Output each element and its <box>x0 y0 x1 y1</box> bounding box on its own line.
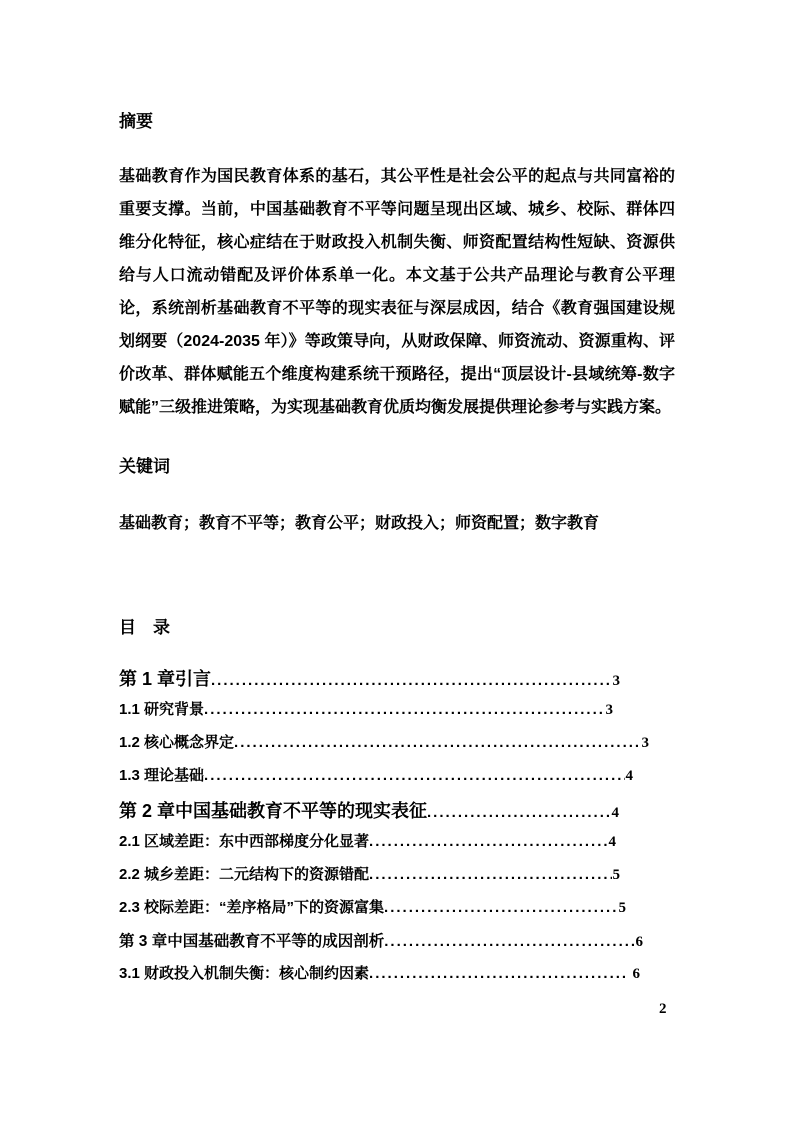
toc-entry-title: 2.3 校际差距：“差序格局”下的资源富集 <box>119 896 384 917</box>
keywords-text: 基础教育；教育不平等；教育公平；财政投入；师资配置；数字教育 <box>119 507 675 540</box>
toc-entry-page-number: 6 <box>627 966 641 983</box>
toc-entry-page-number: 5 <box>618 900 627 917</box>
toc-entry-title: 2.1 区域差距：东中西部梯度分化显著 <box>119 830 369 851</box>
toc-entry-page-number: 3 <box>605 702 614 719</box>
abstract-paragraph: 基础教育作为国民教育体系的基石，其公平性是社会公平的起点与共同富裕的重要支撑。当… <box>119 160 675 424</box>
toc-entry[interactable]: 第 3 章中国基础教育不平等的成因剖析 6 <box>119 929 643 962</box>
page-content: 摘要 基础教育作为国民教育体系的基石，其公平性是社会公平的起点与共同富裕的重要支… <box>119 0 675 995</box>
toc-entry-title: 1.2 核心概念界定 <box>119 731 234 752</box>
toc-leader-dots <box>427 804 610 821</box>
toc-leader-dots <box>204 767 624 784</box>
toc-leader-dots <box>369 833 607 850</box>
toc-entry-page-number: 3 <box>641 735 650 752</box>
toc-list: 第 1 章引言 3 1.1 研究背景 3 1.2 核心概念界定 3 1.3 理论… <box>119 665 675 995</box>
toc-entry-page-number: 5 <box>612 867 621 884</box>
toc-entry-page-number: 4 <box>611 805 620 822</box>
toc-entry-page-number: 4 <box>608 834 617 851</box>
toc-leader-dots <box>204 701 604 718</box>
toc-entry-title: 2.2 城乡差距：二元结构下的资源错配 <box>119 863 369 884</box>
toc-entry-title: 3.1 财政投入机制失衡：核心制约因素 <box>119 962 369 983</box>
toc-entry[interactable]: 1.1 研究背景 3 <box>119 698 613 731</box>
toc-leader-dots <box>369 965 626 982</box>
toc-entry-title: 1.3 理论基础 <box>119 764 204 785</box>
toc-leader-dots <box>384 933 634 950</box>
toc-entry-title: 1.1 研究背景 <box>119 698 204 719</box>
toc-leader-dots <box>211 672 611 689</box>
keywords-heading: 关键词 <box>119 450 675 483</box>
toc-entry-page-number: 4 <box>625 768 634 785</box>
toc-entry-page-number: 3 <box>612 673 621 690</box>
toc-entry[interactable]: 第 1 章引言 3 <box>119 665 620 698</box>
toc-entry[interactable]: 第 2 章中国基础教育不平等的现实表征 4 <box>119 797 619 830</box>
toc-entry[interactable]: 3.1 财政投入机制失衡：核心制约因素 6 <box>119 962 640 995</box>
toc-entry[interactable]: 2.3 校际差距：“差序格局”下的资源富集 5 <box>119 896 626 929</box>
toc-leader-dots <box>234 734 640 751</box>
toc-leader-dots <box>384 899 617 916</box>
abstract-heading: 摘要 <box>119 105 675 138</box>
toc-leader-dots <box>369 866 611 883</box>
toc-entry-title: 第 3 章中国基础教育不平等的成因剖析 <box>119 929 384 951</box>
document-page: 摘要 基础教育作为国民教育体系的基石，其公平性是社会公平的起点与共同富裕的重要支… <box>0 0 793 1122</box>
toc-entry[interactable]: 1.2 核心概念界定 3 <box>119 731 649 764</box>
toc-entry[interactable]: 2.2 城乡差距：二元结构下的资源错配 5 <box>119 863 620 896</box>
toc-entry[interactable]: 1.3 理论基础 4 <box>119 764 633 797</box>
toc-entry[interactable]: 2.1 区域差距：东中西部梯度分化显著 4 <box>119 830 616 863</box>
toc-entry-page-number: 6 <box>635 934 644 951</box>
toc-entry-title: 第 1 章引言 <box>119 665 211 691</box>
page-number: 2 <box>659 998 667 1020</box>
toc-heading: 目 录 <box>119 611 675 644</box>
toc-entry-title: 第 2 章中国基础教育不平等的现实表征 <box>119 797 427 823</box>
